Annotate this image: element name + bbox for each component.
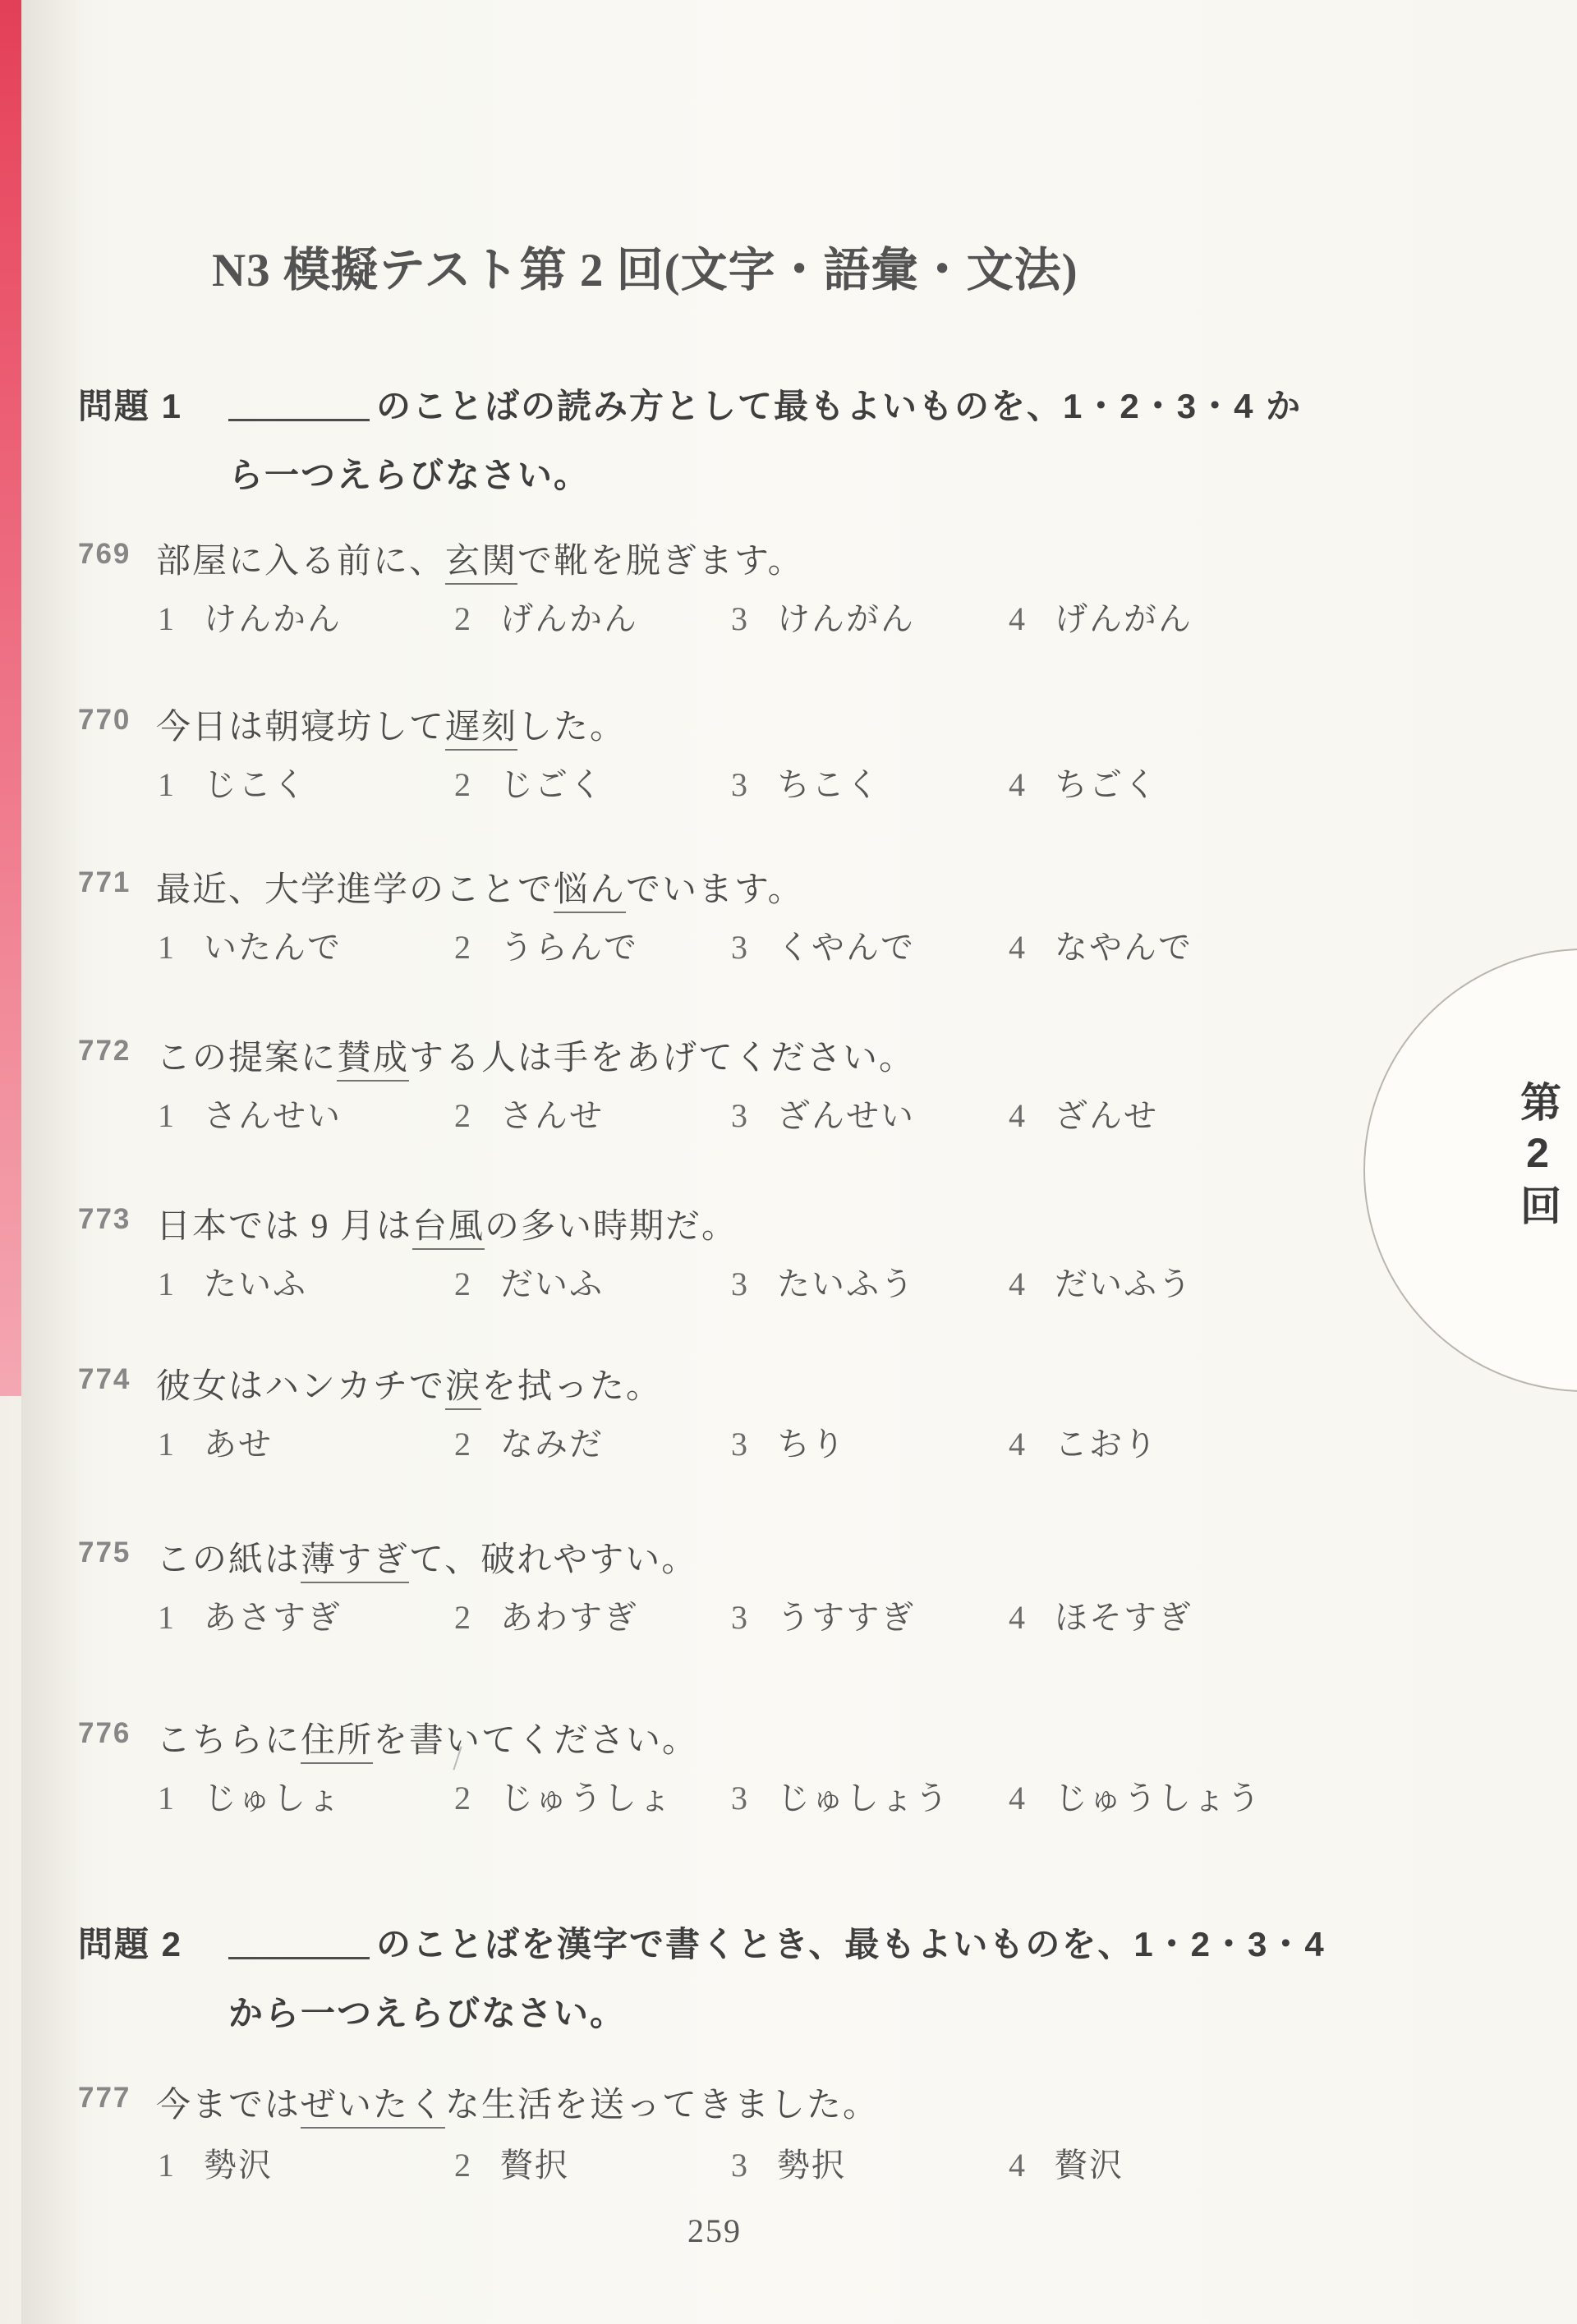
- option-1-text: じこく: [204, 766, 307, 803]
- underlined-word: 薄すぎ: [301, 1541, 409, 1583]
- question-item: 770 今日は朝寝坊して遅刻した。 1じこく 2じごく 3ちこく 4ちごく: [0, 700, 1577, 831]
- page-title: N3 模擬テスト第 2 回(文字・語彙・文法): [212, 232, 1078, 300]
- option-2-text: じゅうしょ: [500, 1780, 673, 1816]
- section-label: 問題 2: [78, 1918, 182, 1967]
- option-4-number: 4: [1009, 765, 1055, 804]
- question-number: 774: [78, 1363, 131, 1396]
- section-instruction-line2: から一つえらびなさい。: [228, 1986, 626, 2036]
- question-stem: この提案に賛成する人は手をあげてください。: [156, 1031, 915, 1080]
- section-header: 問題 1 のことばの読み方として最もよいものを、1・2・3・4 か ら一つえらび…: [0, 379, 1577, 527]
- option-4: 4贅沢: [1009, 2139, 1124, 2186]
- option-2-number: 2: [454, 599, 500, 638]
- option-1-number: 1: [158, 1779, 204, 1817]
- option-2-text: さんせ: [500, 1097, 604, 1134]
- question-number: 777: [78, 2082, 131, 2115]
- option-1-text: じゅしょ: [204, 1780, 342, 1816]
- option-1-number: 1: [158, 599, 204, 638]
- option-3-text: ちこく: [777, 766, 880, 803]
- option-4-number: 4: [1009, 928, 1055, 967]
- options-row: 1さんせい 2さんせ 3ざんせい 4ざんせ: [158, 1090, 1577, 1139]
- question-stem: 最近、大学進学のことで悩んでいます。: [156, 862, 804, 912]
- option-3: 3ざんせい: [731, 1090, 915, 1137]
- option-4-text: ちごく: [1055, 766, 1158, 803]
- option-2: 2じごく: [454, 759, 604, 806]
- stem-pre: こちらに: [156, 1722, 301, 1760]
- option-3: 3ちり: [731, 1418, 846, 1465]
- option-1-number: 1: [158, 1598, 204, 1637]
- question-item: 775 この紙は薄すぎて、破れやすい。 1あさすぎ 2あわすぎ 3うすすぎ 4ほ…: [0, 1532, 1577, 1664]
- option-4: 4ほそすぎ: [1009, 1591, 1193, 1638]
- option-3: 3ちこく: [731, 759, 880, 806]
- underlined-word: 悩ん: [554, 871, 626, 913]
- option-2-text: なみだ: [500, 1426, 604, 1463]
- options-row: 1けんかん 2げんかん 3けんがん 4げんがん: [158, 593, 1577, 642]
- option-2: 2うらんで: [454, 921, 638, 968]
- option-1: 1あさすぎ: [158, 1591, 342, 1638]
- question-stem: この紙は薄すぎて、破れやすい。: [156, 1532, 697, 1582]
- option-2: 2さんせ: [454, 1090, 604, 1137]
- option-2: 2げんかん: [454, 593, 638, 640]
- stem-pre: 部屋に入る前に、: [156, 543, 445, 581]
- option-2-text: うらんで: [500, 929, 638, 966]
- section-instruction-line2: ら一つえらびなさい。: [228, 448, 590, 498]
- section-header: 問題 2 のことばを漢字で書くとき、最もよいものを、1・2・3・4 から一つえら…: [0, 1918, 1577, 2065]
- question-stem: 今まではぜいたくな生活を送ってきました。: [156, 2078, 879, 2127]
- question-number: 769: [78, 538, 131, 571]
- option-1-text: 勢沢: [204, 2147, 273, 2184]
- option-3-text: 勢択: [777, 2147, 846, 2184]
- stem-post: で靴を脱ぎます。: [517, 543, 804, 581]
- options-row: 1いたんで 2うらんで 3くやんで 4なやんで: [158, 921, 1577, 971]
- option-2-number: 2: [454, 1265, 500, 1303]
- options-row: 1あせ 2なみだ 3ちり 4こおり: [158, 1418, 1577, 1467]
- option-3-number: 3: [731, 599, 777, 638]
- option-1-text: さんせい: [204, 1097, 342, 1134]
- option-1: 1けんかん: [158, 593, 342, 640]
- underlined-word: 玄関: [445, 543, 517, 585]
- blank-underline: [228, 1929, 370, 1959]
- option-2: 2じゅうしょ: [454, 1772, 673, 1819]
- option-3-text: たいふう: [777, 1265, 915, 1302]
- option-2-text: あわすぎ: [500, 1599, 638, 1636]
- question-item: 777 今まではぜいたくな生活を送ってきました。 1勢沢 2贅択 3勢択 4贅沢: [0, 2078, 1577, 2209]
- option-3-text: ちり: [777, 1426, 846, 1463]
- option-3-number: 3: [731, 1779, 777, 1817]
- option-1-text: あさすぎ: [204, 1599, 342, 1636]
- option-4-text: 贅沢: [1055, 2147, 1124, 2184]
- question-number: 776: [78, 1717, 131, 1750]
- stem-pre: 日本では 9 月は: [156, 1208, 412, 1246]
- option-4: 4じゅうしょう: [1009, 1772, 1262, 1819]
- option-1: 1あせ: [158, 1418, 273, 1465]
- option-2-number: 2: [454, 2146, 500, 2184]
- option-2-number: 2: [454, 1598, 500, 1637]
- option-4-text: だいふう: [1055, 1265, 1193, 1302]
- question-stem: 彼女はハンカチで涙を拭った。: [156, 1359, 662, 1408]
- question-item: 776 こちらに住所を書いてください。 1じゅしょ 2じゅうしょ 3じゅしょう …: [0, 1713, 1577, 1844]
- options-row: 1じこく 2じごく 3ちこく 4ちごく: [158, 759, 1577, 808]
- option-3: 3たいふう: [731, 1258, 915, 1305]
- option-3: 3じゅしょう: [731, 1772, 949, 1819]
- question-item: 774 彼女はハンカチで涙を拭った。 1あせ 2なみだ 3ちり 4こおり: [0, 1359, 1577, 1490]
- option-3: 3うすすぎ: [731, 1591, 915, 1638]
- option-4-text: なやんで: [1055, 929, 1193, 966]
- page-number: 259: [0, 2211, 1429, 2250]
- option-4: 4ちごく: [1009, 759, 1158, 806]
- option-2-text: じごく: [500, 766, 604, 803]
- option-4: 4ざんせ: [1009, 1090, 1158, 1137]
- stem-post: を書いてください。: [373, 1722, 698, 1760]
- question-number: 772: [78, 1035, 131, 1068]
- options-row: 1たいふ 2だいふ 3たいふう 4だいふう: [158, 1258, 1577, 1307]
- option-1: 1いたんで: [158, 921, 342, 968]
- underlined-word: 住所: [301, 1722, 373, 1764]
- option-4-number: 4: [1009, 1779, 1055, 1817]
- option-3-number: 3: [731, 1425, 777, 1463]
- option-2-number: 2: [454, 1096, 500, 1135]
- option-2: 2なみだ: [454, 1418, 604, 1465]
- option-1: 1じゅしょ: [158, 1772, 342, 1819]
- option-4-text: ほそすぎ: [1055, 1599, 1193, 1636]
- question-number: 770: [78, 704, 131, 737]
- stem-post: の多い時期だ。: [485, 1208, 738, 1246]
- underlined-word: 賛成: [337, 1040, 409, 1082]
- stem-post: する人は手をあげてください。: [409, 1040, 915, 1077]
- option-3-number: 3: [731, 2146, 777, 2184]
- question-stem: 日本では 9 月は台風の多い時期だ。: [156, 1199, 738, 1248]
- option-3-number: 3: [731, 1096, 777, 1135]
- option-1-number: 1: [158, 928, 204, 967]
- question-number: 773: [78, 1203, 131, 1236]
- option-3-text: ざんせい: [777, 1097, 915, 1134]
- scanned-test-page: N3 模擬テスト第 2 回(文字・語彙・文法) 第2回 問題 1 のことばの読み…: [0, 0, 1577, 2324]
- option-4-text: ざんせ: [1055, 1097, 1158, 1134]
- stem-pre: 最近、大学進学のことで: [156, 871, 554, 909]
- stem-post: した。: [517, 709, 626, 746]
- option-2-number: 2: [454, 1425, 500, 1463]
- option-1-number: 1: [158, 2146, 204, 2184]
- option-2-text: 贅択: [500, 2147, 569, 2184]
- stem-pre: 彼女はハンカチで: [156, 1368, 445, 1406]
- option-3-number: 3: [731, 1265, 777, 1303]
- underlined-word: 涙: [445, 1368, 481, 1410]
- stem-pre: 今日は朝寝坊して: [156, 709, 445, 746]
- option-1: 1勢沢: [158, 2139, 273, 2186]
- option-2: 2贅択: [454, 2139, 569, 2186]
- question-number: 771: [78, 866, 131, 899]
- option-2: 2だいふ: [454, 1258, 604, 1305]
- option-1-text: あせ: [204, 1426, 273, 1463]
- option-4-number: 4: [1009, 1598, 1055, 1637]
- option-3-text: うすすぎ: [777, 1599, 915, 1636]
- option-1-number: 1: [158, 765, 204, 804]
- question-stem: 今日は朝寝坊して遅刻した。: [156, 700, 626, 749]
- option-4: 4こおり: [1009, 1418, 1158, 1465]
- option-1: 1じこく: [158, 759, 307, 806]
- options-row: 1じゅしょ 2じゅうしょ 3じゅしょう 4じゅうしょう: [158, 1772, 1577, 1821]
- underlined-word: 台風: [412, 1208, 485, 1250]
- option-4-number: 4: [1009, 1096, 1055, 1135]
- section-instruction-text: のことばの読み方として最もよいものを、1・2・3・4 か: [376, 387, 1302, 425]
- underlined-word: ぜいたく: [301, 2087, 445, 2129]
- section-instruction-line1: のことばの読み方として最もよいものを、1・2・3・4 か: [228, 379, 1302, 429]
- question-item: 773 日本では 9 月は台風の多い時期だ。 1たいふ 2だいふ 3たいふう 4…: [0, 1199, 1577, 1330]
- option-2-number: 2: [454, 1779, 500, 1817]
- option-1-text: いたんで: [204, 929, 342, 966]
- stem-pre: 今までは: [156, 2087, 301, 2124]
- stem-post: でいます。: [626, 871, 804, 909]
- section-label: 問題 1: [78, 379, 182, 429]
- option-1: 1さんせい: [158, 1090, 342, 1137]
- question-item: 772 この提案に賛成する人は手をあげてください。 1さんせい 2さんせ 3ざん…: [0, 1031, 1577, 1162]
- option-3-number: 3: [731, 928, 777, 967]
- option-1: 1たいふ: [158, 1258, 307, 1305]
- section-instruction-text: のことばを漢字で書くとき、最もよいものを、1・2・3・4: [376, 1925, 1326, 1963]
- option-4-number: 4: [1009, 1425, 1055, 1463]
- option-3-number: 3: [731, 765, 777, 804]
- option-1-text: けんかん: [204, 600, 342, 637]
- option-1-number: 1: [158, 1425, 204, 1463]
- page-edge-red-strip: [0, 0, 21, 1396]
- question-number: 775: [78, 1536, 131, 1569]
- option-2-text: だいふ: [500, 1265, 604, 1302]
- question-item: 771 最近、大学進学のことで悩んでいます。 1いたんで 2うらんで 3くやんで…: [0, 862, 1577, 994]
- option-4-text: こおり: [1055, 1426, 1158, 1463]
- option-4-text: じゅうしょう: [1055, 1780, 1262, 1816]
- question-item: 769 部屋に入る前に、玄関で靴を脱ぎます。 1けんかん 2げんかん 3けんがん…: [0, 534, 1577, 665]
- option-3-text: けんがん: [777, 600, 915, 637]
- option-4-number: 4: [1009, 599, 1055, 638]
- option-1-number: 1: [158, 1265, 204, 1303]
- option-4-number: 4: [1009, 1265, 1055, 1303]
- section-instruction-line1: のことばを漢字で書くとき、最もよいものを、1・2・3・4: [228, 1918, 1326, 1967]
- option-1-text: たいふ: [204, 1265, 307, 1302]
- stem-post: を拭った。: [481, 1368, 662, 1406]
- option-4: 4なやんで: [1009, 921, 1193, 968]
- option-2-number: 2: [454, 928, 500, 967]
- question-stem: 部屋に入る前に、玄関で靴を脱ぎます。: [156, 534, 804, 583]
- options-row: 1勢沢 2贅択 3勢択 4贅沢: [158, 2139, 1577, 2189]
- option-3: 3勢択: [731, 2139, 846, 2186]
- option-4-number: 4: [1009, 2146, 1055, 2184]
- stem-pre: この紙は: [156, 1541, 301, 1579]
- option-2-number: 2: [454, 765, 500, 804]
- option-4-text: げんがん: [1055, 600, 1193, 637]
- option-3: 3けんがん: [731, 593, 915, 640]
- question-stem: こちらに住所を書いてください。: [156, 1713, 698, 1762]
- stem-pre: この提案に: [156, 1040, 337, 1077]
- option-3-number: 3: [731, 1598, 777, 1637]
- option-4: 4だいふう: [1009, 1258, 1193, 1305]
- options-row: 1あさすぎ 2あわすぎ 3うすすぎ 4ほそすぎ: [158, 1591, 1577, 1641]
- stem-post: な生活を送ってきました。: [445, 2087, 879, 2124]
- stem-post: て、破れやすい。: [409, 1541, 697, 1579]
- option-3-text: くやんで: [777, 929, 915, 966]
- option-1-number: 1: [158, 1096, 204, 1135]
- underlined-word: 遅刻: [445, 709, 517, 751]
- option-3: 3くやんで: [731, 921, 915, 968]
- option-2-text: げんかん: [500, 600, 638, 637]
- option-4: 4げんがん: [1009, 593, 1193, 640]
- option-2: 2あわすぎ: [454, 1591, 638, 1638]
- blank-underline: [228, 391, 370, 421]
- option-3-text: じゅしょう: [777, 1780, 949, 1816]
